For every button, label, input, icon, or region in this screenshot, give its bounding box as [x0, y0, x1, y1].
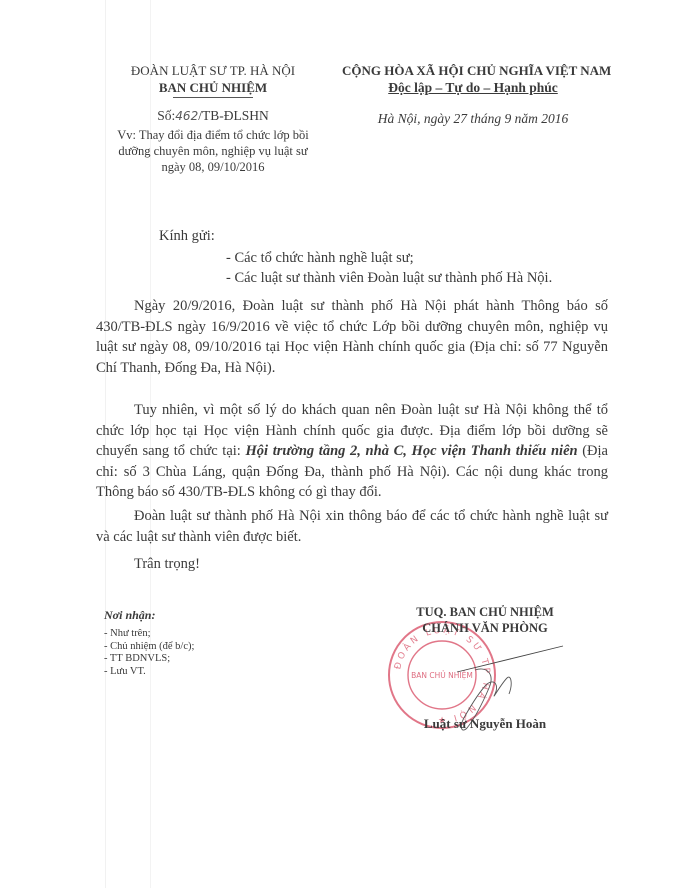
new-venue: Hội trường tầng 2, nhà C, Học viện Thanh… — [245, 443, 577, 459]
number-suffix: /TB-ĐLSHN — [198, 108, 269, 123]
paragraph-text: Tuy nhiên, vì một số lý do khách quan nê… — [96, 400, 608, 503]
national-motto: Độc lập – Tự do – Hạnh phúc — [342, 79, 604, 96]
body-paragraph-2: Tuy nhiên, vì một số lý do khách quan nê… — [96, 400, 608, 503]
subject-line: Vv: Thay đổi địa điểm tổ chức lớp bồi — [88, 127, 338, 143]
recipient-item: - Các tổ chức hành nghề luật sư; — [226, 248, 552, 268]
place-date: Hà Nội, ngày 27 tháng 9 năm 2016 — [342, 111, 604, 127]
number-handwritten: 462 — [175, 109, 198, 123]
divider — [173, 97, 253, 98]
signature-authority: TUQ. BAN CHỦ NHIỆM — [370, 604, 600, 620]
nation-name: CỘNG HÒA XÃ HỘI CHỦ NGHĨA VIỆT NAM — [342, 62, 604, 79]
paragraph-text: Ngày 20/9/2016, Đoàn luật sư thành phố H… — [96, 296, 608, 378]
national-header: CỘNG HÒA XÃ HỘI CHỦ NGHĨA VIỆT NAM Độc l… — [342, 62, 604, 127]
recipients-list: - Như trên; - Chủ nhiệm (để b/c); - TT B… — [104, 628, 194, 678]
recipients-list-item: - Như trên; — [104, 628, 194, 641]
closing: Trân trọng! — [134, 556, 200, 573]
recipients-list-item: - Lưu VT. — [104, 666, 194, 679]
body-paragraph-1: Ngày 20/9/2016, Đoàn luật sư thành phố H… — [96, 296, 608, 378]
issuer-header: ĐOÀN LUẬT SƯ TP. HÀ NỘI BAN CHỦ NHIỆM Số… — [88, 62, 338, 175]
document-number: Số:462/TB-ĐLSHN — [88, 107, 338, 125]
recipient-item: - Các luật sư thành viên Đoàn luật sư th… — [226, 268, 552, 288]
recipients-list-item: - TT BDNVLS; — [104, 653, 194, 666]
greeting-recipients: - Các tổ chức hành nghề luật sư; - Các l… — [226, 248, 552, 288]
subject-line: dưỡng chuyên môn, nghiệp vụ luật sư — [88, 143, 338, 159]
subject-line: ngày 08, 09/10/2016 — [88, 159, 338, 175]
body-paragraph-3: Đoàn luật sư thành phố Hà Nội xin thông … — [96, 506, 608, 547]
greeting-label: Kính gửi: — [159, 228, 215, 245]
issuer-department: BAN CHỦ NHIỆM — [88, 79, 338, 96]
paragraph-text: Đoàn luật sư thành phố Hà Nội xin thông … — [96, 506, 608, 547]
recipients-title: Nơi nhận: — [104, 608, 155, 623]
number-prefix: Số: — [157, 108, 175, 123]
recipients-list-item: - Chủ nhiệm (để b/c); — [104, 641, 194, 654]
issuer-organization: ĐOÀN LUẬT SƯ TP. HÀ NỘI — [88, 62, 338, 79]
signer-name: Luật sư Nguyễn Hoàn — [370, 716, 600, 732]
document-subject: Vv: Thay đổi địa điểm tổ chức lớp bồi dư… — [88, 127, 338, 175]
